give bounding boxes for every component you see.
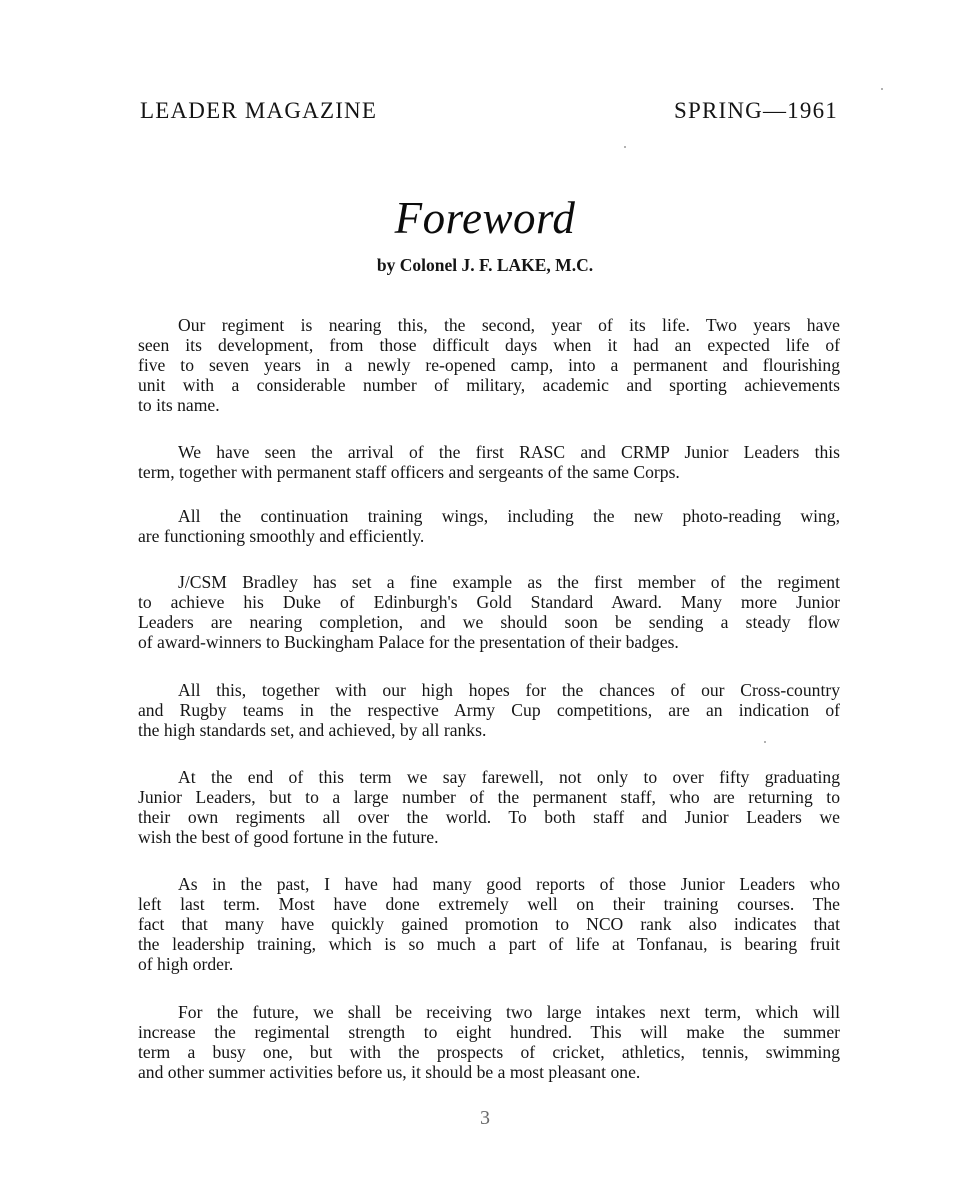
text-line: unit with a considerable number of milit… bbox=[138, 375, 840, 395]
text-line: wish the best of good fortune in the fut… bbox=[138, 827, 840, 847]
running-head-issue: SPRING—1961 bbox=[674, 98, 838, 124]
text-line: Leaders are nearing completion, and we s… bbox=[138, 612, 840, 632]
page-number: 3 bbox=[0, 1106, 970, 1130]
text-line: We have seen the arrival of the first RA… bbox=[138, 442, 840, 462]
paragraph: As in the past, I have had many good rep… bbox=[138, 874, 840, 974]
text-line: five to seven years in a newly re-opened… bbox=[138, 355, 840, 375]
text-line: of award-winners to Buckingham Palace fo… bbox=[138, 632, 840, 652]
text-line: term a busy one, but with the prospects … bbox=[138, 1042, 840, 1062]
article-title: Foreword bbox=[0, 190, 970, 246]
article-byline: by Colonel J. F. LAKE, M.C. bbox=[0, 254, 970, 276]
text-line: For the future, we shall be receiving tw… bbox=[138, 1002, 840, 1022]
text-line: of high order. bbox=[138, 954, 840, 974]
scan-speck bbox=[881, 88, 883, 90]
running-head-publication: LEADER MAGAZINE bbox=[140, 98, 377, 124]
text-line: fact that many have quickly gained promo… bbox=[138, 914, 840, 934]
text-line: to its name. bbox=[138, 395, 840, 415]
text-line: As in the past, I have had many good rep… bbox=[138, 874, 840, 894]
text-line: All this, together with our high hopes f… bbox=[138, 680, 840, 700]
text-line: Junior Leaders, but to a large number of… bbox=[138, 787, 840, 807]
text-line: the high standards set, and achieved, by… bbox=[138, 720, 840, 740]
text-line: left last term. Most have done extremely… bbox=[138, 894, 840, 914]
paragraph: At the end of this term we say farewell,… bbox=[138, 767, 840, 847]
scan-speck bbox=[764, 741, 766, 743]
paragraph: Our regiment is nearing this, the second… bbox=[138, 315, 840, 415]
text-line: seen its development, from those difficu… bbox=[138, 335, 840, 355]
text-line: All the continuation training wings, inc… bbox=[138, 506, 840, 526]
text-line: their own regiments all over the world. … bbox=[138, 807, 840, 827]
paragraph: We have seen the arrival of the first RA… bbox=[138, 442, 840, 482]
text-line: and Rugby teams in the respective Army C… bbox=[138, 700, 840, 720]
paragraph: J/CSM Bradley has set a fine example as … bbox=[138, 572, 840, 652]
text-line: J/CSM Bradley has set a fine example as … bbox=[138, 572, 840, 592]
text-line: the leadership training, which is so muc… bbox=[138, 934, 840, 954]
text-line: increase the regimental strength to eigh… bbox=[138, 1022, 840, 1042]
text-line: are functioning smoothly and efficiently… bbox=[138, 526, 840, 546]
paragraph: For the future, we shall be receiving tw… bbox=[138, 1002, 840, 1082]
text-line: to achieve his Duke of Edinburgh's Gold … bbox=[138, 592, 840, 612]
magazine-page: LEADER MAGAZINE SPRING—1961 Foreword by … bbox=[0, 0, 970, 1200]
text-line: term, together with permanent staff offi… bbox=[138, 462, 840, 482]
paragraph: All this, together with our high hopes f… bbox=[138, 680, 840, 740]
text-line: Our regiment is nearing this, the second… bbox=[138, 315, 840, 335]
paragraph: All the continuation training wings, inc… bbox=[138, 506, 840, 546]
text-line: and other summer activities before us, i… bbox=[138, 1062, 840, 1082]
text-line: At the end of this term we say farewell,… bbox=[138, 767, 840, 787]
scan-speck bbox=[624, 146, 626, 148]
